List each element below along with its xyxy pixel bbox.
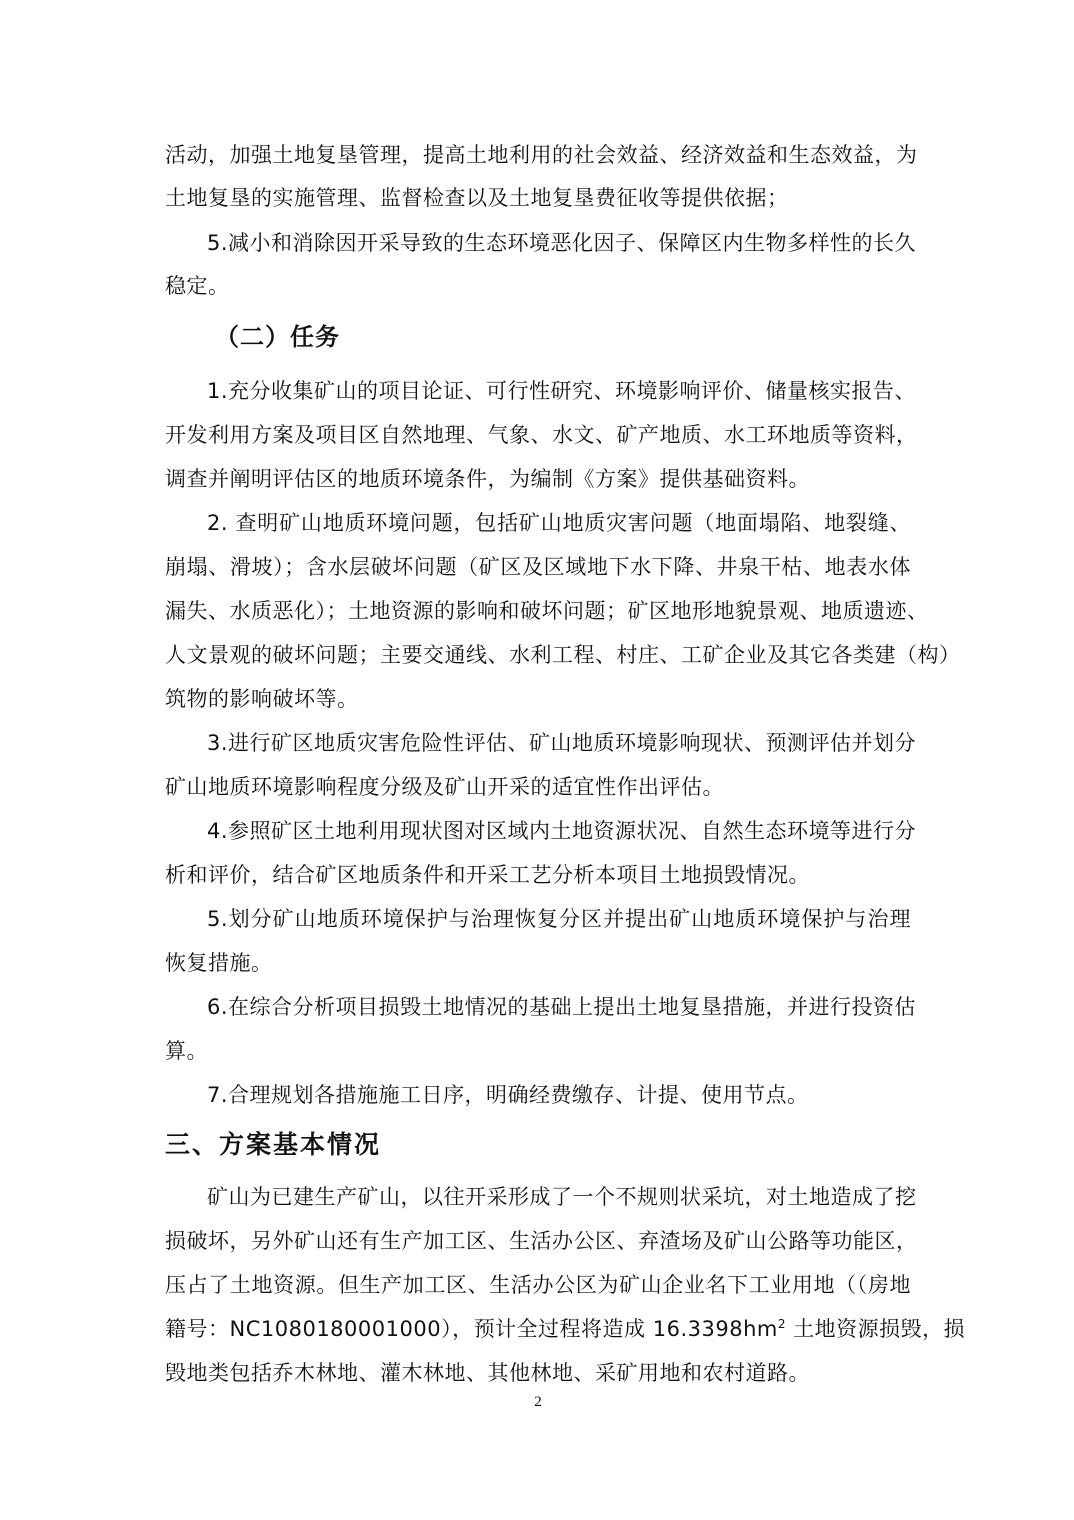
- task-line: 筑物的影响破坏等。: [165, 684, 911, 714]
- task-line: 开发利用方案及项目区自然地理、气象、水文、矿产地质、水工环地质等资料，: [165, 420, 911, 450]
- task-line: 2. 查明矿山地质环境问题，包括矿山地质灾害问题（地面塌陷、地裂缝、: [165, 508, 911, 538]
- task-line: 6.在综合分析项目损毁土地情况的基础上提出土地复垦措施，并进行投资估: [165, 992, 911, 1022]
- superscript: 2: [778, 1317, 786, 1331]
- task-line: 漏失、水质恶化）；土地资源的影响和破坏问题；矿区地形地貌景观、地质遗迹、: [165, 596, 911, 626]
- paragraph-line: 稳定。: [165, 271, 911, 301]
- task-line: 恢复措施。: [165, 948, 911, 978]
- text-segment: 籍号：NC1080180001000），预计全过程将造成 16.3398hm: [165, 1317, 778, 1341]
- section-heading-tasks: （二）任务: [215, 320, 340, 354]
- task-line: 调查并阐明评估区的地质环境条件，为编制《方案》提供基础资料。: [165, 464, 911, 494]
- task-line: 人文景观的破坏问题；主要交通线、水利工程、村庄、工矿企业及其它各类建（构）: [165, 640, 911, 670]
- paragraph-line: 5.减小和消除因开采导致的生态环境恶化因子、保障区内生物多样性的长久: [165, 228, 911, 258]
- paragraph-line: 土地复垦的实施管理、监督检查以及土地复垦费征收等提供依据；: [165, 183, 911, 213]
- task-line: 崩塌、滑坡）；含水层破坏问题（矿区及区域地下水下降、井泉干枯、地表水体: [165, 552, 911, 582]
- paragraph-line: 毁地类包括乔木林地、灌木林地、其他林地、采矿用地和农村道路。: [165, 1358, 911, 1388]
- page-number: 2: [165, 1394, 911, 1411]
- paragraph-line: 籍号：NC1080180001000），预计全过程将造成 16.3398hm2 …: [165, 1314, 911, 1344]
- task-line: 1.充分收集矿山的项目论证、可行性研究、环境影响评价、储量核实报告、: [165, 376, 911, 406]
- paragraph-line: 损破坏，另外矿山还有生产加工区、生活办公区、弃渣场及矿山公路等功能区，: [165, 1226, 911, 1256]
- paragraph-line: 压占了土地资源。但生产加工区、生活办公区为矿山企业名下工业用地（（房地: [165, 1270, 911, 1300]
- task-line: 7.合理规划各措施施工日序，明确经费缴存、计提、使用节点。: [165, 1080, 911, 1110]
- task-line: 3.进行矿区地质灾害危险性评估、矿山地质环境影响现状、预测评估并划分: [165, 728, 911, 758]
- task-line: 5.划分矿山地质环境保护与治理恢复分区并提出矿山地质环境保护与治理: [165, 904, 911, 934]
- paragraph-line: 矿山为已建生产矿山，以往开采形成了一个不规则状采坑，对土地造成了挖: [165, 1182, 911, 1212]
- task-line: 析和评价，结合矿区地质条件和开采工艺分析本项目土地损毁情况。: [165, 860, 911, 890]
- task-line: 算。: [165, 1036, 911, 1066]
- text-segment: 土地资源损毁，损: [786, 1317, 965, 1341]
- section-heading-plan-overview: 三、方案基本情况: [165, 1128, 381, 1162]
- task-line: 矿山地质环境影响程度分级及矿山开采的适宜性作出评估。: [165, 772, 911, 802]
- task-line: 4.参照矿区土地利用现状图对区域内土地资源状况、自然生态环境等进行分: [165, 816, 911, 846]
- paragraph-line: 活动，加强土地复垦管理，提高土地利用的社会效益、经济效益和生态效益，为: [165, 140, 911, 170]
